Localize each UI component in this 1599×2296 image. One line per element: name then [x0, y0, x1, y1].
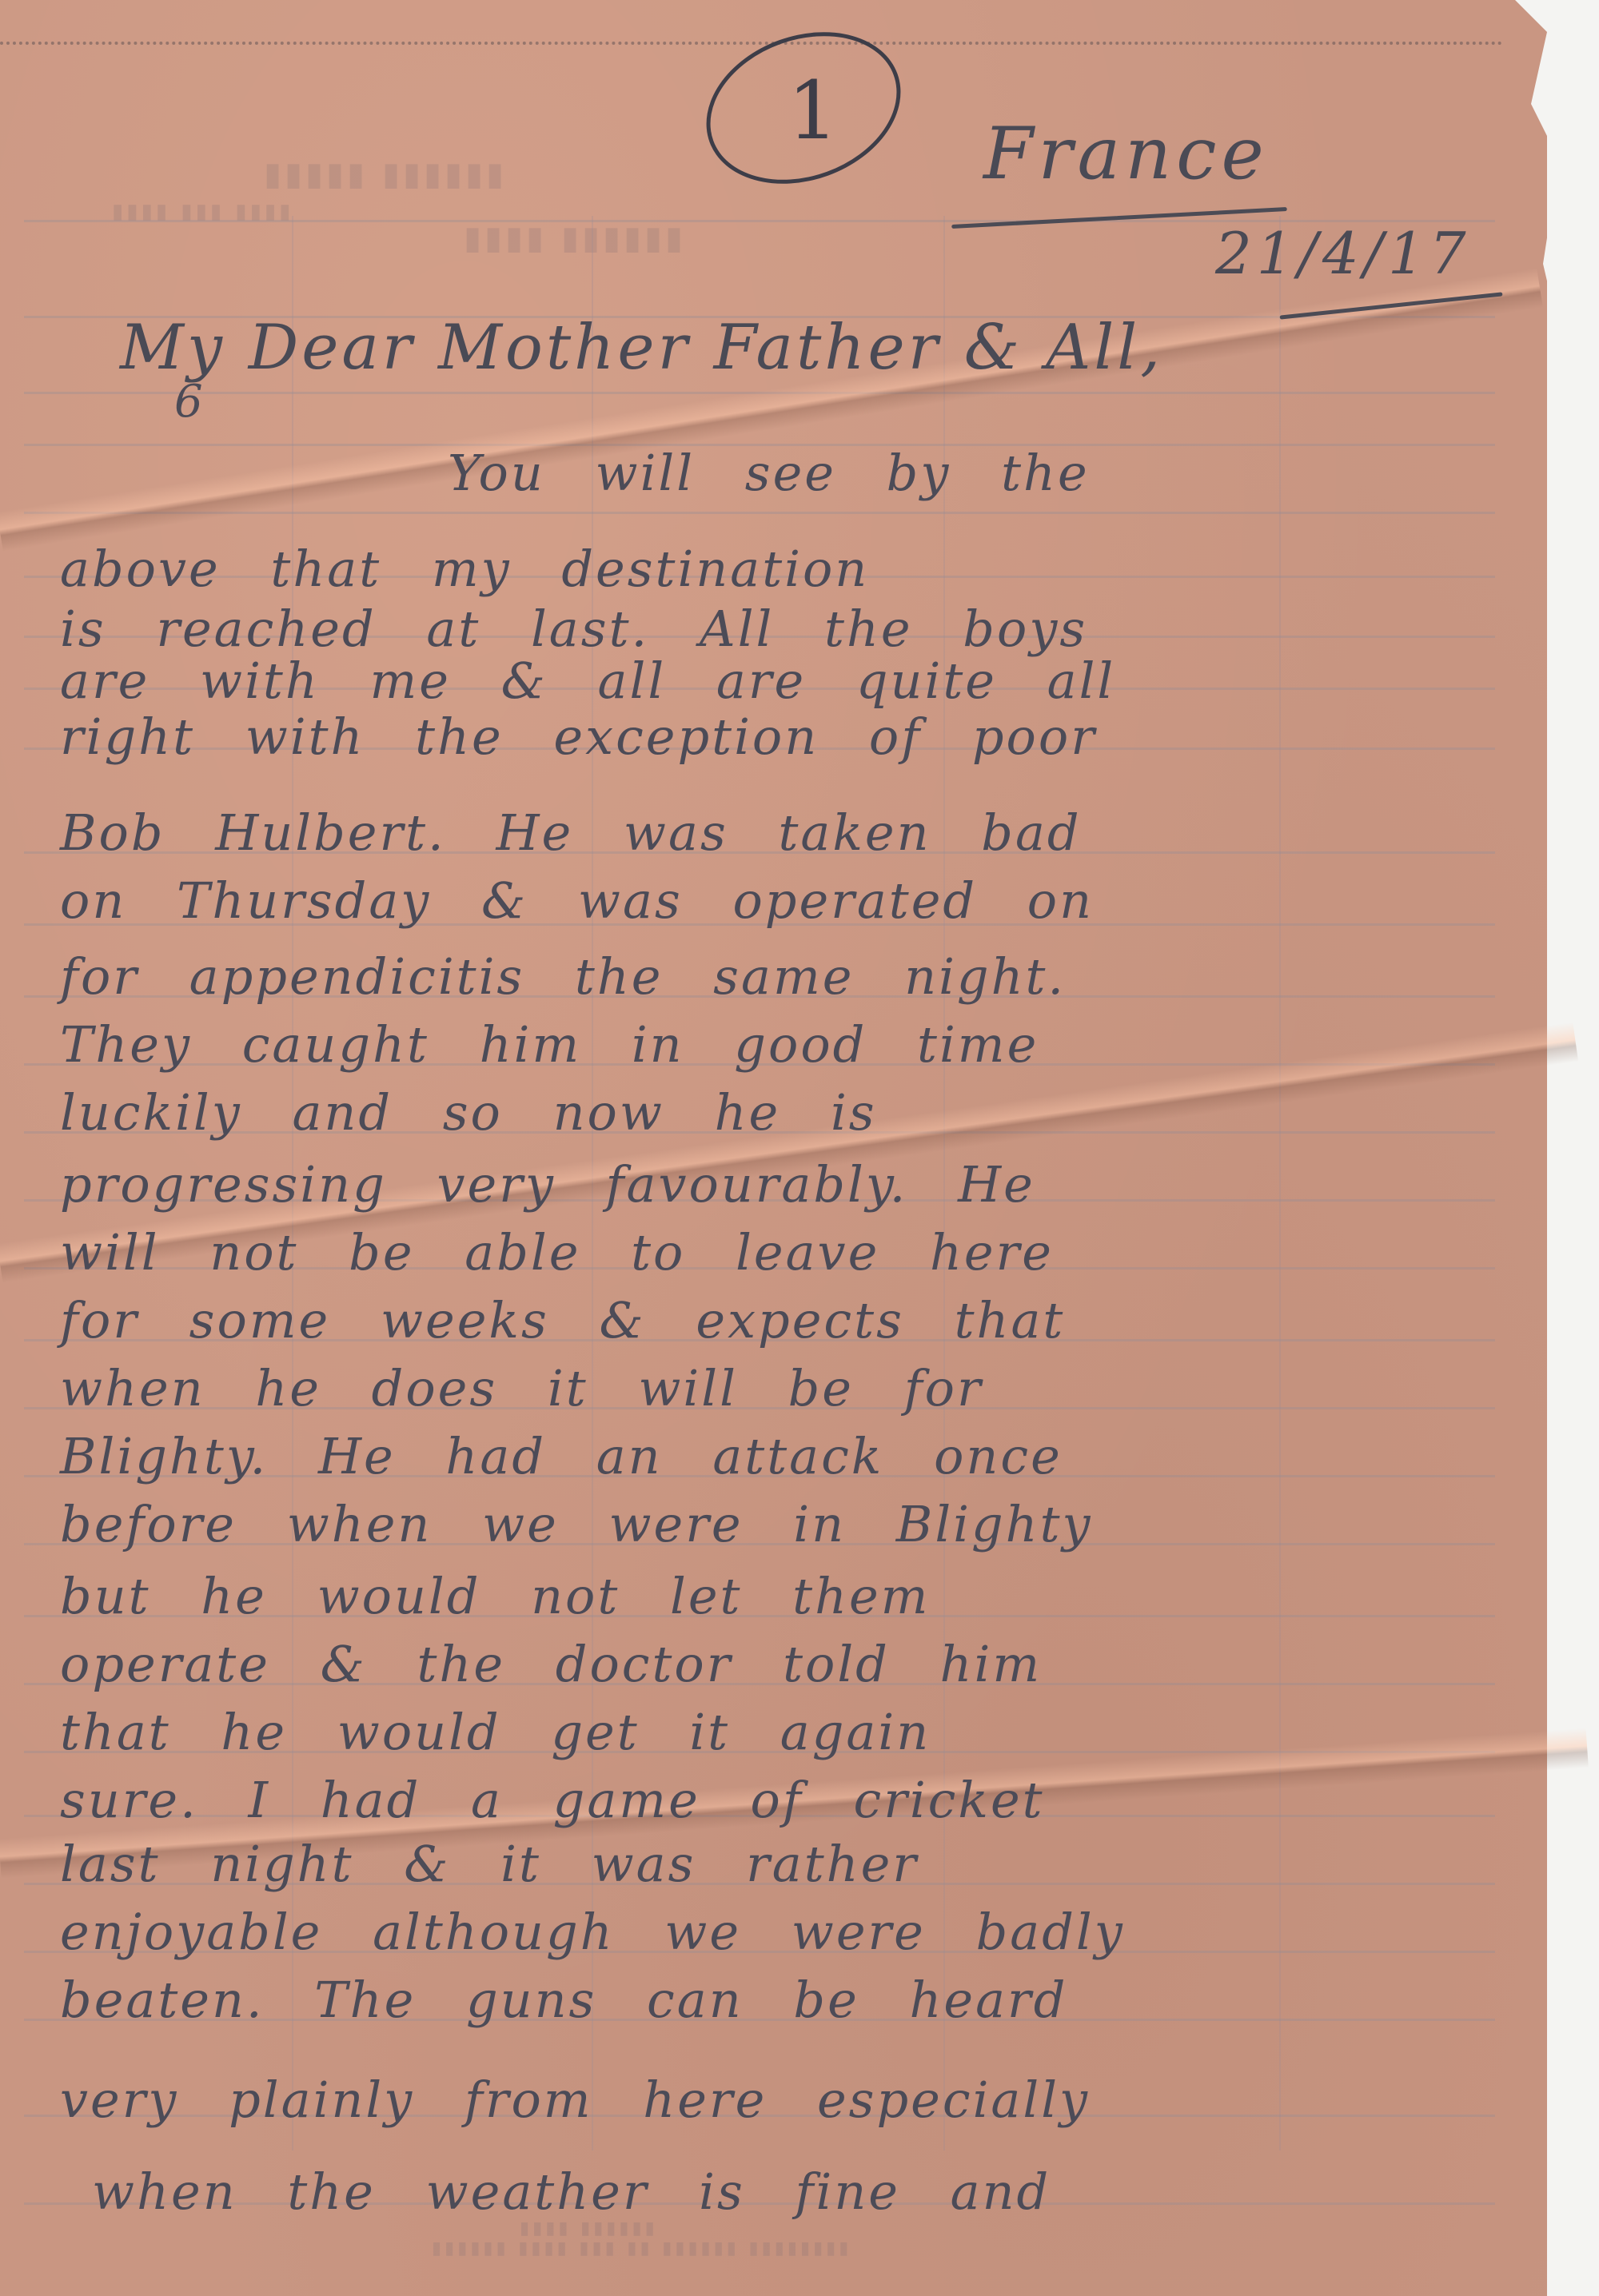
salutation: My Dear Mother Father & All, [120, 312, 1163, 384]
body-line: before when we were in Blighty [60, 1495, 1093, 1553]
body-line: enjoyable although we were badly [60, 1903, 1125, 1961]
body-line: You will see by the [448, 444, 1090, 502]
body-line: sure. I had a game of cricket [60, 1771, 1045, 1829]
body-line: on Thursday & was operated on [60, 871, 1094, 930]
body-line: that he would get it again [60, 1703, 931, 1761]
printed-form-ghost: ▮▮▮▮▮▮ ▮▮▮▮ ▮▮▮ ▮▮ ▮▮▮▮▮▮ ▮▮▮▮▮▮▮▮ [432, 2238, 851, 2258]
margin-note: 6 [174, 376, 203, 428]
body-line: progressing very favourably. He [60, 1155, 1035, 1214]
body-line: beaten. The guns can be heard [60, 1971, 1067, 2029]
printed-form-ghost: ▮▮▮▮ ▮▮▮▮▮▮ [464, 220, 686, 257]
body-line: They caught him in good time [60, 1015, 1039, 1074]
printed-form-ghost: ▮▮▮▮▮ ▮▮▮▮▮▮ [264, 156, 507, 193]
perforation-line [0, 42, 1503, 45]
body-line: is reached at last. All the boys [60, 600, 1087, 658]
body-line: when he does it will be for [60, 1359, 983, 1417]
location: France [983, 112, 1269, 196]
body-line: luckily and so now he is [60, 1083, 877, 1142]
body-line: Blighty. He had an attack once [60, 1427, 1063, 1485]
letter-page: ▮▮▮▮▮ ▮▮▮▮▮▮ ▮▮▮▮ ▮▮▮▮▮▮ ▮▮▮▮ ▮▮▮ ▮▮▮▮ ▮… [0, 0, 1547, 2296]
paper-crease [0, 268, 1543, 551]
body-line: last night & it was rather [60, 1835, 919, 1893]
body-line: but he would not let them [60, 1567, 930, 1625]
body-line: very plainly from here especially [60, 2071, 1090, 2129]
body-line: when the weather is fine and [92, 2162, 1051, 2221]
body-line: operate & the doctor told him [60, 1635, 1042, 1693]
date: 21/4/17 [1215, 220, 1471, 287]
body-line: are with me & all are quite all [60, 652, 1115, 710]
column-rule [1279, 216, 1281, 2151]
body-line: will not be able to leave here [60, 1223, 1054, 1282]
page-number: 1 [788, 64, 839, 157]
body-line: for appendicitis the same night. [60, 947, 1066, 1006]
body-line: above that my destination [60, 540, 869, 598]
body-line: right with the exception of poor [60, 708, 1097, 766]
body-line: Bob Hulbert. He was taken bad [60, 803, 1082, 862]
body-line: for some weeks & expects that [60, 1291, 1065, 1349]
printed-form-ghost: ▮▮▮▮ ▮▮▮▮▮▮ [520, 2218, 658, 2238]
